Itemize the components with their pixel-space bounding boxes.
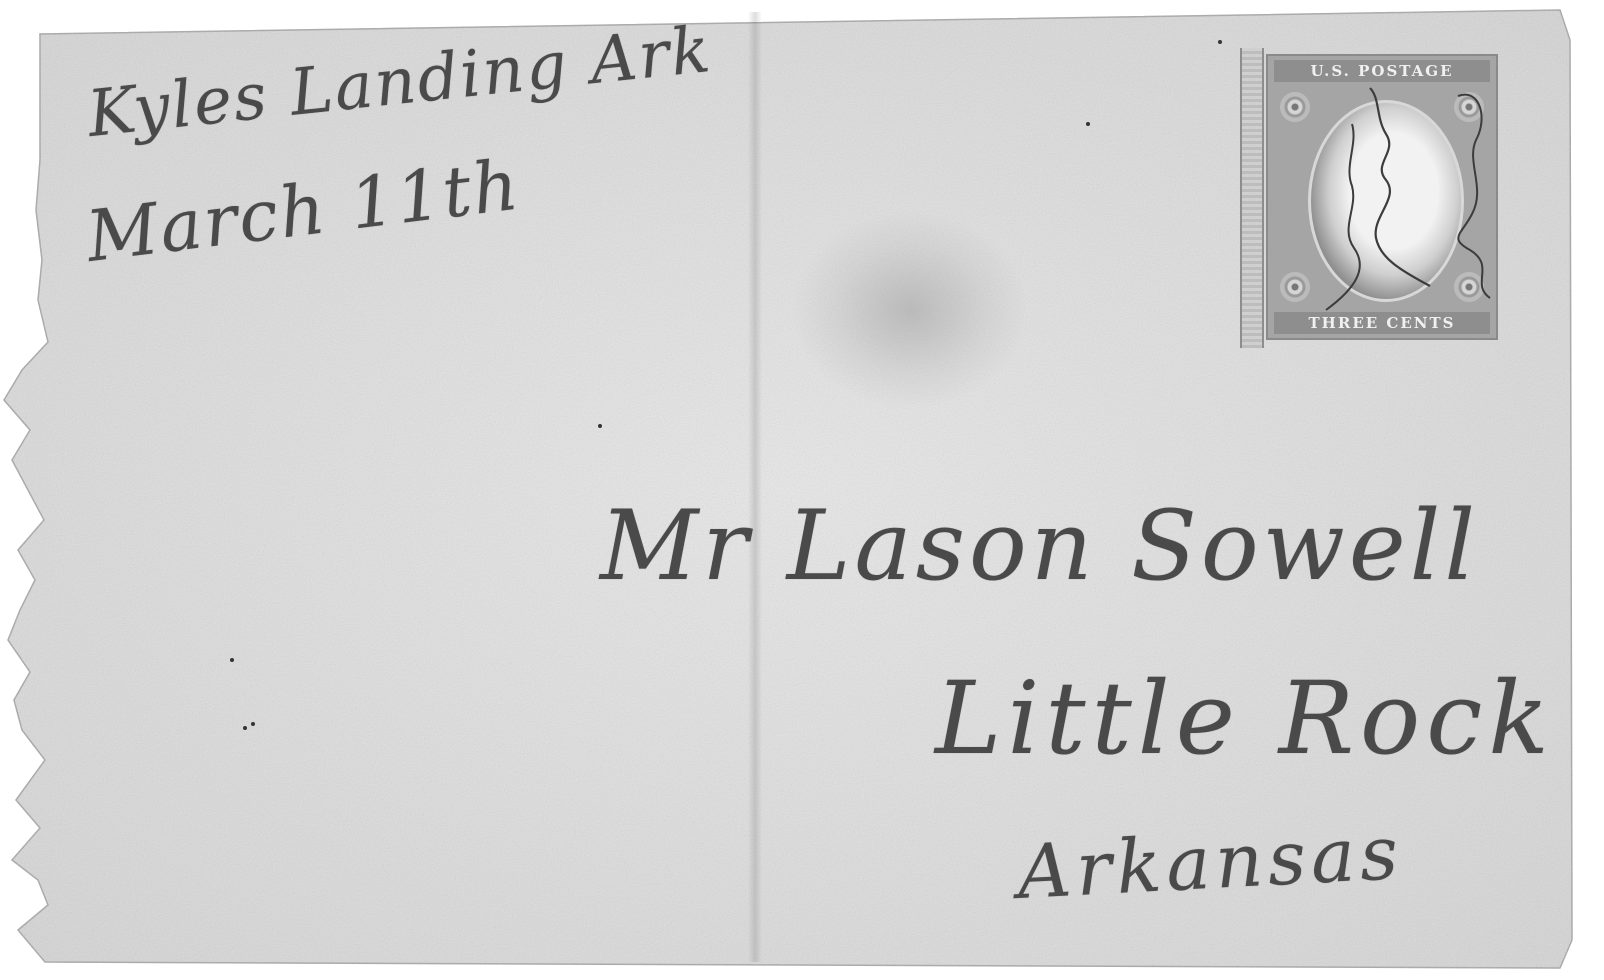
rosette-icon (1454, 272, 1484, 302)
paper-speck (243, 726, 247, 730)
ink-smudge (790, 210, 1030, 410)
stamp-top-label: U.S. POSTAGE (1274, 60, 1490, 82)
paper-speck (230, 658, 234, 662)
rosette-icon (1454, 92, 1484, 122)
stamp-sheet-margin (1240, 48, 1264, 348)
rosette-icon (1280, 92, 1310, 122)
paper-speck (1218, 40, 1222, 44)
addressee-name: Mr Lason Sowell (600, 490, 1479, 602)
paper-speck (251, 722, 255, 726)
addressee-city: Little Rock (935, 660, 1555, 777)
postage-stamp: U.S. POSTAGE THREE CENTS (1240, 48, 1512, 348)
stamp-bottom-label: THREE CENTS (1274, 312, 1490, 334)
stamp-frame: U.S. POSTAGE THREE CENTS (1266, 54, 1498, 340)
paper-speck (598, 424, 602, 428)
fold-crease (748, 12, 762, 962)
paper-speck (1086, 122, 1090, 126)
washington-portrait (1308, 100, 1464, 302)
envelope-scan: Kyles Landing Ark March 11th U.S. POSTAG… (0, 0, 1604, 980)
rosette-icon (1280, 272, 1310, 302)
